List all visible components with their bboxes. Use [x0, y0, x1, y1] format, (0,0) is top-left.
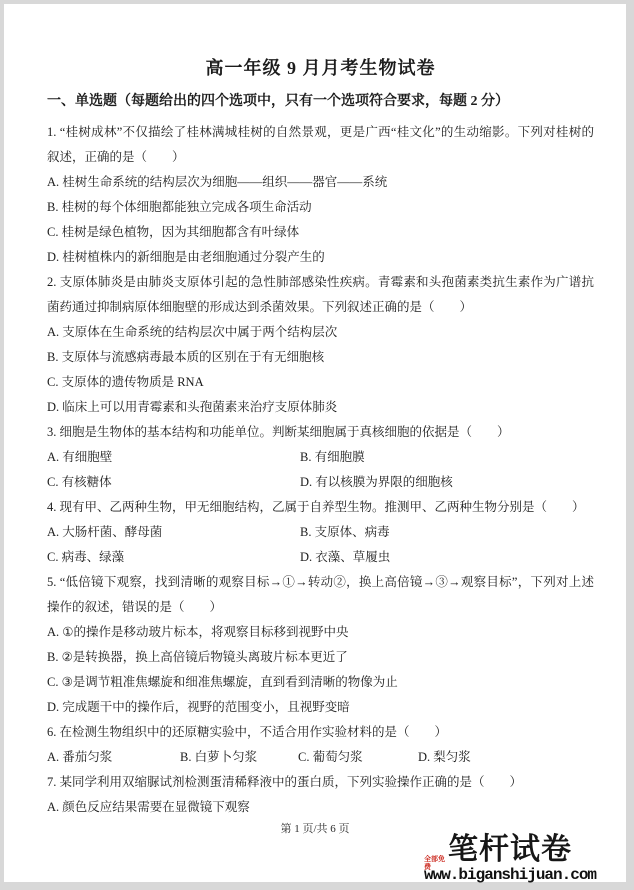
document-viewer: 高一年级 9 月月考生物试卷 一、单选题（每题给出的四个选项中，只有一个选项符合… — [0, 0, 634, 890]
page-title: 高一年级 9 月月考生物试卷 — [47, 56, 594, 80]
option: D. 衣藻、草履虫 — [300, 545, 594, 570]
question: 1. “桂树成林”不仅描绘了桂林满城桂树的自然景观，更是广西“桂文化”的生动缩影… — [47, 120, 594, 270]
option: A. 支原体在生命系统的结构层次中属于两个结构层次 — [47, 320, 594, 345]
option: A. 番茄匀浆 — [47, 745, 180, 770]
option: A. 有细胞壁 — [47, 445, 300, 470]
question: 4. 现有甲、乙两种生物，甲无细胞结构，乙属于自养型生物。推测甲、乙两种生物分别… — [47, 495, 594, 570]
question: 3. 细胞是生物体的基本结构和功能单位。判断某细胞属于真核细胞的依据是（ ）A.… — [47, 420, 594, 495]
option: B. 桂树的每个体细胞都能独立完成各项生命活动 — [47, 195, 594, 220]
option-group: A. 有细胞壁B. 有细胞膜C. 有核糖体D. 有以核膜为界限的细胞核 — [47, 445, 594, 495]
watermark-url: www.biganshijuan.com — [424, 866, 632, 884]
option: B. ②是转换器，换上高倍镜后物镜头离玻片标本更近了 — [47, 645, 594, 670]
option-group: A. ①的操作是移动玻片标本，将观察目标移到视野中央B. ②是转换器，换上高倍镜… — [47, 620, 594, 720]
option: D. 桂树植株内的新细胞是由老细胞通过分裂产生的 — [47, 245, 594, 270]
option: D. 完成题干中的操作后，视野的范围变小，且视野变暗 — [47, 695, 594, 720]
option-group: A. 颜色反应结果需要在显微镜下观察 — [47, 795, 594, 820]
option: B. 支原体、病毒 — [300, 520, 594, 545]
option: A. 大肠杆菌、酵母菌 — [47, 520, 300, 545]
option: A. 颜色反应结果需要在显微镜下观察 — [47, 795, 594, 820]
option: D. 有以核膜为界限的细胞核 — [300, 470, 594, 495]
option: A. 桂树生命系统的结构层次为细胞——组织——器官——系统 — [47, 170, 594, 195]
question-stem: 3. 细胞是生物体的基本结构和功能单位。判断某细胞属于真核细胞的依据是（ ） — [47, 420, 594, 445]
option: B. 支原体与流感病毒最本质的区别在于有无细胞核 — [47, 345, 594, 370]
question-stem: 4. 现有甲、乙两种生物，甲无细胞结构，乙属于自养型生物。推测甲、乙两种生物分别… — [47, 495, 594, 520]
watermark-free-badge: 全部免费 — [424, 856, 448, 872]
option: C. 桂树是绿色植物，因为其细胞都含有叶绿体 — [47, 220, 594, 245]
option-group: A. 番茄匀浆B. 白萝卜匀浆C. 葡萄匀浆D. 梨匀浆 — [47, 745, 594, 770]
question-stem: 6. 在检测生物组织中的还原糖实验中，不适合用作实验材料的是（ ） — [47, 720, 594, 745]
watermark-brand: 笔杆试卷 — [448, 833, 632, 866]
option-group: A. 大肠杆菌、酵母菌B. 支原体、病毒C. 病毒、绿藻D. 衣藻、草履虫 — [47, 520, 594, 570]
question-stem: 5. “低倍镜下观察，找到清晰的观察目标→①→转动②，换上高倍镜→③→观察目标”… — [47, 570, 594, 620]
option: D. 梨匀浆 — [418, 745, 594, 770]
option-group: A. 支原体在生命系统的结构层次中属于两个结构层次B. 支原体与流感病毒最本质的… — [47, 320, 594, 420]
question-stem: 7. 某同学利用双缩脲试剂检测蛋清稀释液中的蛋白质，下列实验操作正确的是（ ） — [47, 770, 594, 795]
question-stem: 2. 支原体肺炎是由肺炎支原体引起的急性肺部感染性疾病。青霉素和头孢菌素类抗生素… — [47, 270, 594, 320]
option: C. 病毒、绿藻 — [47, 545, 300, 570]
option: A. ①的操作是移动玻片标本，将观察目标移到视野中央 — [47, 620, 594, 645]
exam-page: 高一年级 9 月月考生物试卷 一、单选题（每题给出的四个选项中，只有一个选项符合… — [4, 4, 626, 882]
option-group: A. 桂树生命系统的结构层次为细胞——组织——器官——系统B. 桂树的每个体细胞… — [47, 170, 594, 270]
section-heading: 一、单选题（每题给出的四个选项中，只有一个选项符合要求，每题 2 分） — [47, 91, 594, 112]
question-list: 1. “桂树成林”不仅描绘了桂林满城桂树的自然景观，更是广西“桂文化”的生动缩影… — [47, 120, 594, 820]
question: 2. 支原体肺炎是由肺炎支原体引起的急性肺部感染性疾病。青霉素和头孢菌素类抗生素… — [47, 270, 594, 420]
option: B. 白萝卜匀浆 — [180, 745, 298, 770]
question: 7. 某同学利用双缩脲试剂检测蛋清稀释液中的蛋白质，下列实验操作正确的是（ ）A… — [47, 770, 594, 820]
option: C. 葡萄匀浆 — [298, 745, 418, 770]
option: D. 临床上可以用青霉素和头孢菌素来治疗支原体肺炎 — [47, 395, 594, 420]
question: 5. “低倍镜下观察，找到清晰的观察目标→①→转动②，换上高倍镜→③→观察目标”… — [47, 570, 594, 720]
option: C. 有核糖体 — [47, 470, 300, 495]
question: 6. 在检测生物组织中的还原糖实验中，不适合用作实验材料的是（ ）A. 番茄匀浆… — [47, 720, 594, 770]
option: B. 有细胞膜 — [300, 445, 594, 470]
watermark: 全部免费 笔杆试卷 www.biganshijuan.com — [424, 833, 632, 884]
option: C. ③是调节粗准焦螺旋和细准焦螺旋，直到看到清晰的物像为止 — [47, 670, 594, 695]
question-stem: 1. “桂树成林”不仅描绘了桂林满城桂树的自然景观，更是广西“桂文化”的生动缩影… — [47, 120, 594, 170]
option: C. 支原体的遗传物质是 RNA — [47, 370, 594, 395]
